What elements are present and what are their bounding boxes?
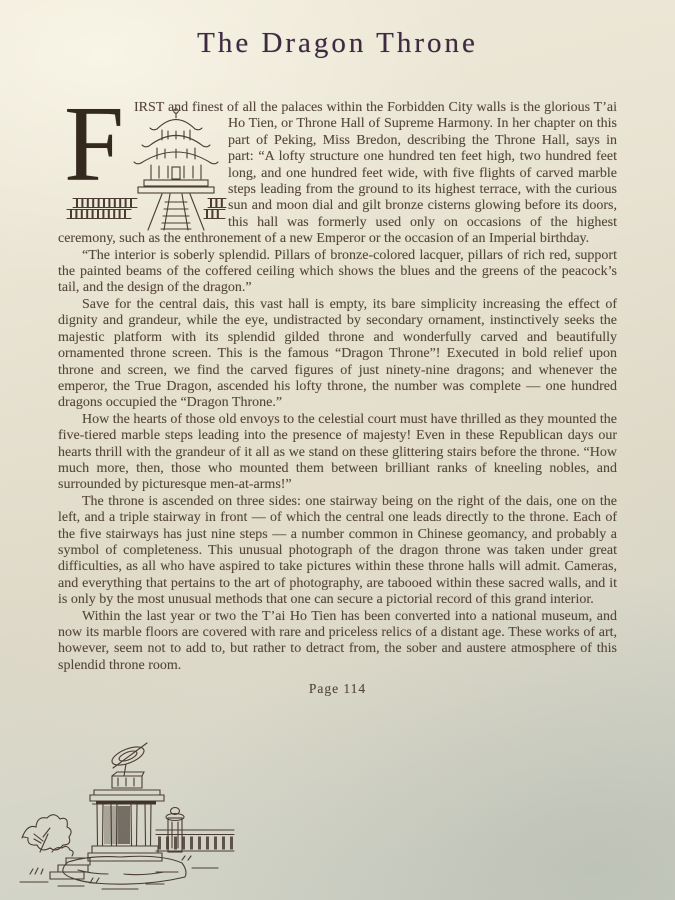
page-number: Page 114 <box>58 681 617 697</box>
opening-paragraph: F IRST and finest of all the palaces wit… <box>58 100 617 248</box>
temple-of-heaven-sketch-icon: F <box>58 102 228 232</box>
paragraph-stairways: The throne is ascended on three sides: o… <box>58 494 617 609</box>
page-title: The Dragon Throne <box>0 0 675 60</box>
paragraph-museum: Within the last year or two the T’ai Ho … <box>58 609 617 675</box>
drop-cap-letter: F <box>64 102 124 204</box>
sundial-monument-illustration <box>6 740 236 898</box>
paragraph-interior: “The interior is soberly splendid. Pilla… <box>58 248 617 297</box>
paragraph-dragon-throne: Save for the central dais, this vast hal… <box>58 297 617 412</box>
paragraph-envoys: How the hearts of those old envoys to th… <box>58 412 617 494</box>
dropcap-temple-illustration: F <box>58 102 228 232</box>
book-page: The Dragon Throne <box>0 0 675 900</box>
page-body: F IRST and finest of all the palaces wit… <box>58 100 617 698</box>
